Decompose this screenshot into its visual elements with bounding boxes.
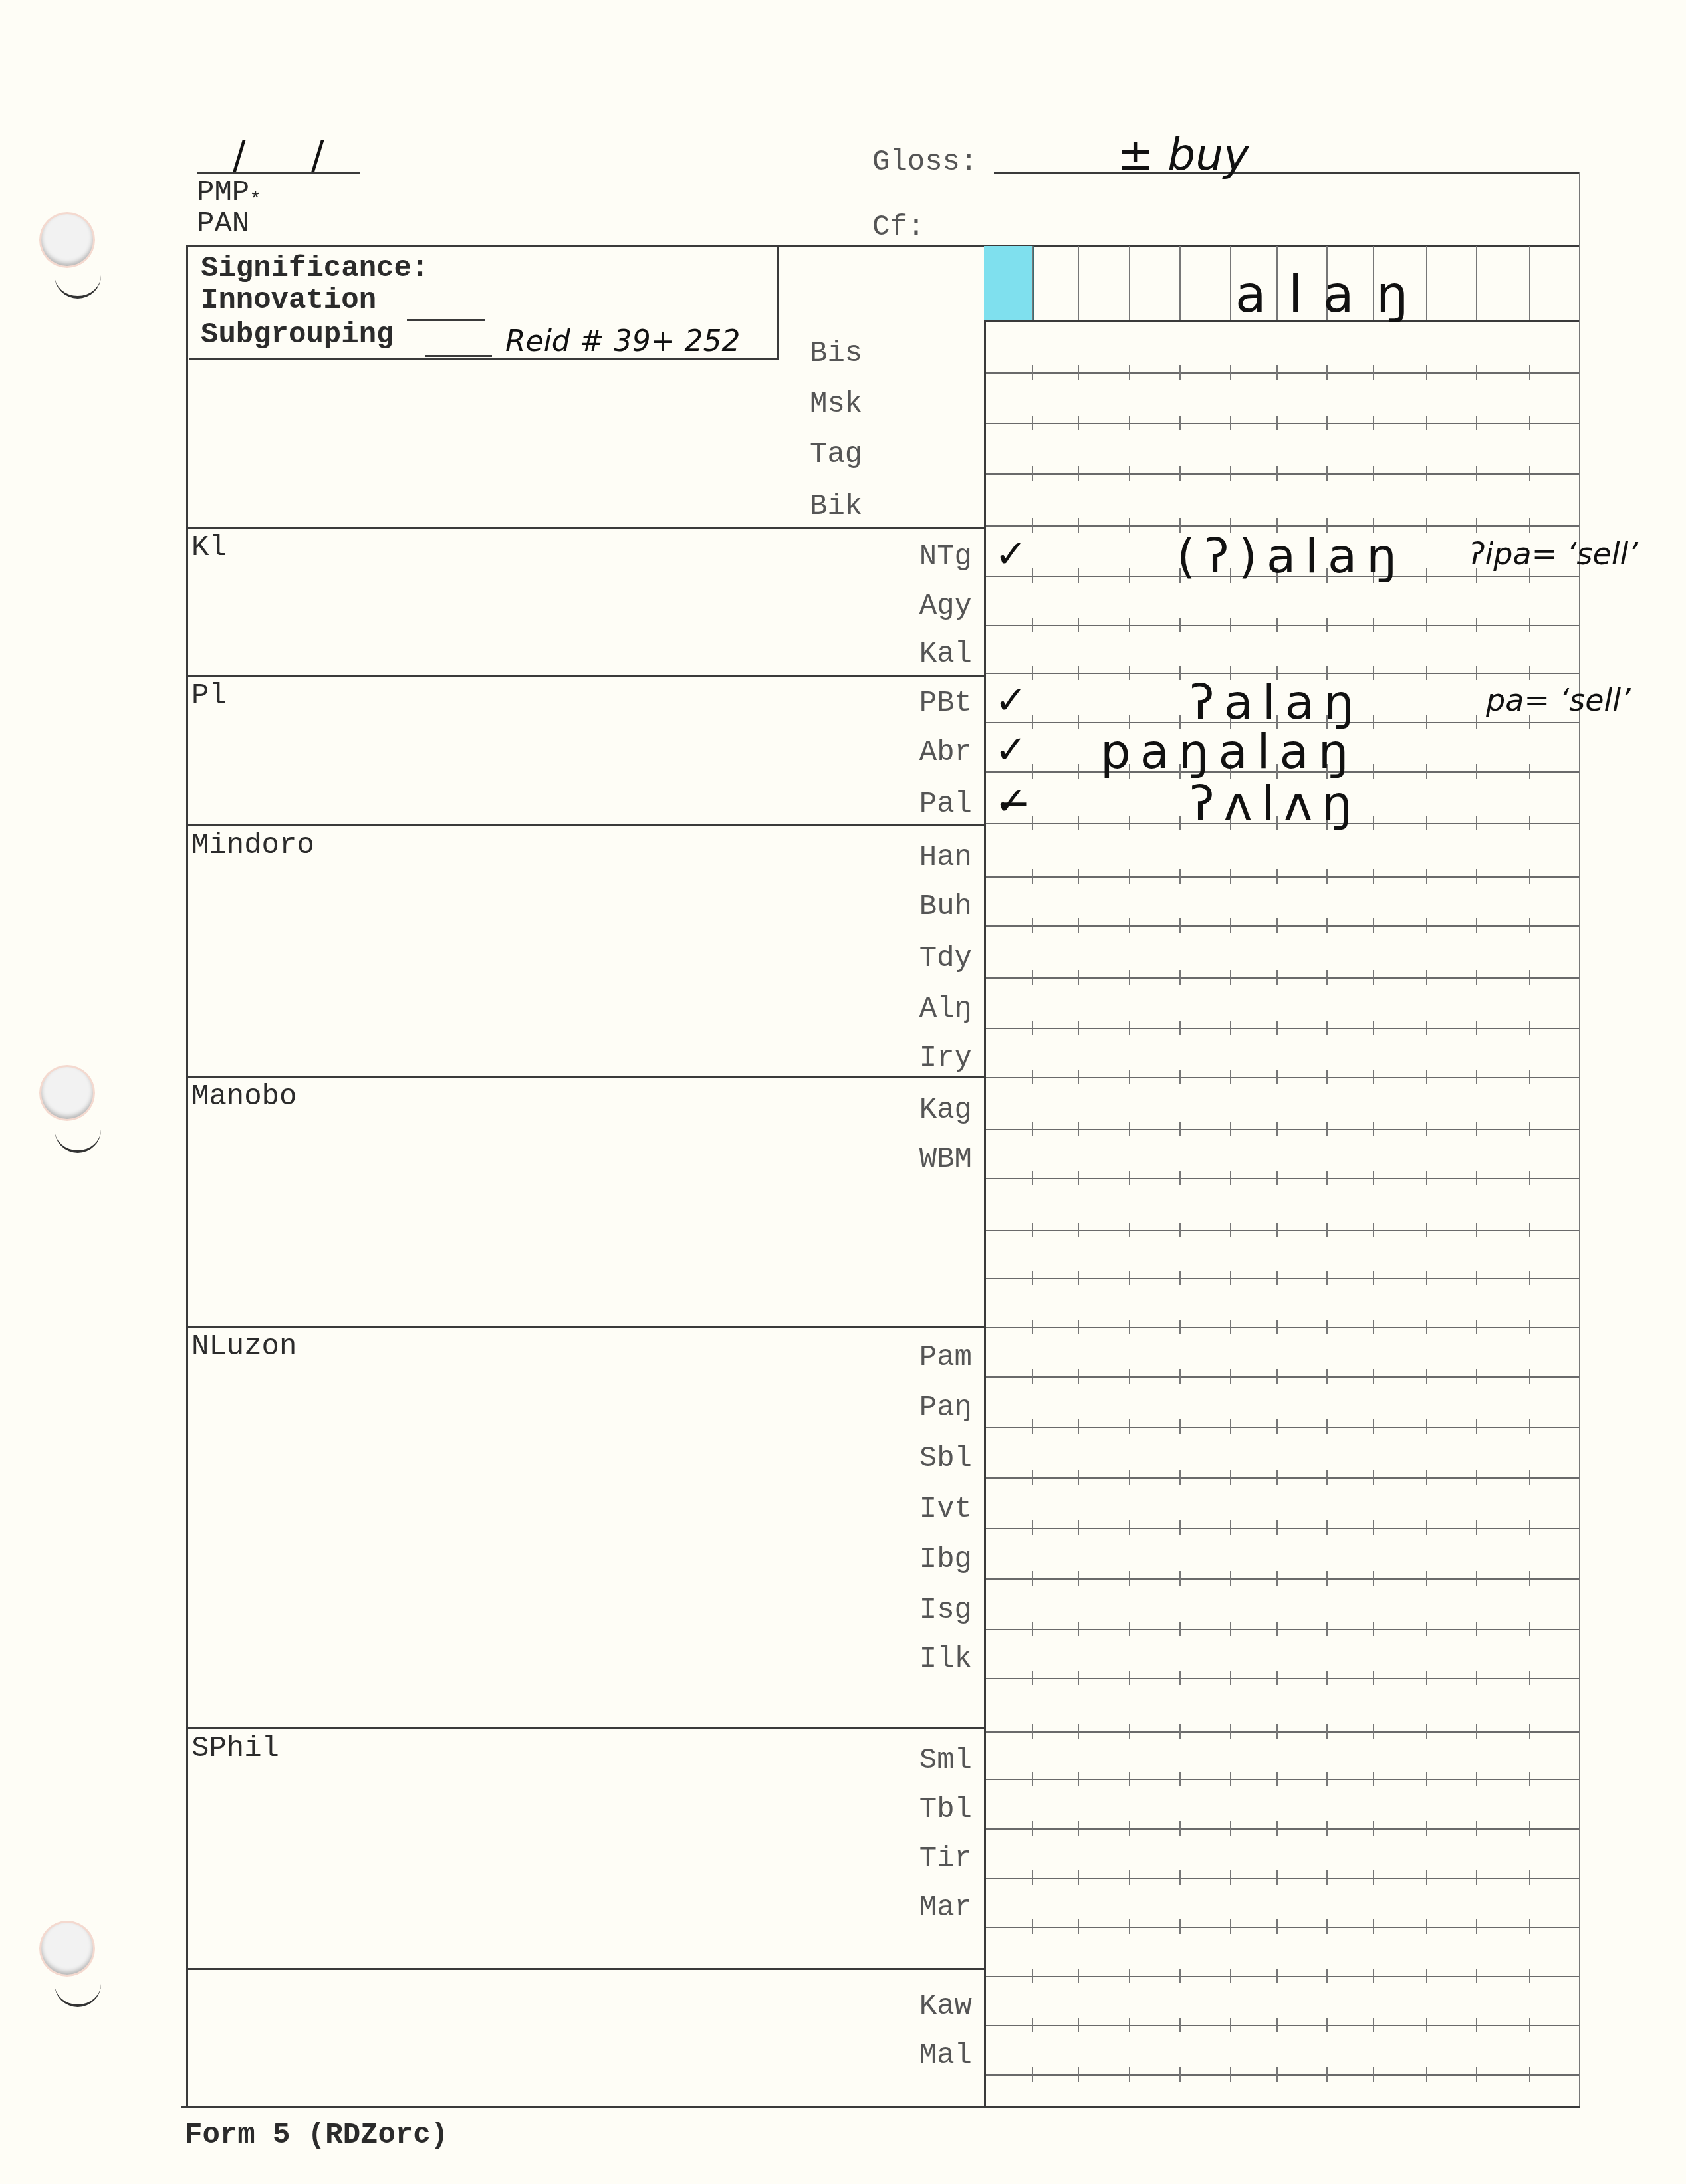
column-tick xyxy=(1032,1470,1033,1485)
column-tick xyxy=(1230,1320,1231,1334)
ruled-line xyxy=(986,1731,1579,1733)
column-tick xyxy=(1529,970,1530,985)
column-tick xyxy=(1129,1969,1130,1983)
ruled-line xyxy=(986,1927,1579,1928)
column-tick xyxy=(1476,1821,1477,1836)
form-right-border xyxy=(1579,172,1580,2106)
column-tick xyxy=(1426,618,1427,632)
language-label-kaw: Kaw xyxy=(839,1992,972,2021)
column-tick xyxy=(1476,416,1477,430)
column-tick xyxy=(1078,1223,1079,1237)
column-tick xyxy=(1179,1470,1181,1485)
slash-marks: / / xyxy=(233,136,351,175)
column-tick xyxy=(1426,918,1427,933)
column-tick xyxy=(1032,1320,1033,1334)
column-tick xyxy=(1032,1271,1033,1285)
column-tick xyxy=(1179,2067,1181,2082)
column-tick xyxy=(1129,2067,1130,2082)
column-tick xyxy=(1373,2018,1374,2032)
column-tick xyxy=(1276,1122,1278,1136)
letter-cell-divider xyxy=(1129,246,1130,320)
column-tick xyxy=(1078,365,1079,380)
group-divider xyxy=(186,1727,984,1729)
entry-form: ʔalaŋ xyxy=(1190,678,1364,726)
column-tick xyxy=(1426,416,1427,430)
column-tick xyxy=(1179,365,1181,380)
column-tick xyxy=(1529,1223,1530,1237)
group-divider xyxy=(186,527,984,529)
column-tick xyxy=(1326,1671,1328,1685)
column-tick xyxy=(1529,1070,1530,1084)
language-label-bik: Bik xyxy=(810,492,862,521)
language-label-msk: Msk xyxy=(810,390,862,419)
column-tick xyxy=(1230,1419,1231,1434)
column-tick xyxy=(1032,1122,1033,1136)
column-tick xyxy=(1078,618,1079,632)
column-tick xyxy=(1078,918,1079,933)
column-tick xyxy=(1179,2018,1181,2032)
column-tick xyxy=(1078,1919,1079,1934)
punch-hole-middle xyxy=(41,1067,93,1119)
column-tick xyxy=(1426,1070,1427,1084)
column-tick xyxy=(1476,1320,1477,1334)
column-tick xyxy=(1476,1021,1477,1035)
entry-form: ʔʌlʌŋ xyxy=(1190,779,1362,827)
column-tick xyxy=(1326,365,1328,380)
column-tick xyxy=(1078,1622,1079,1636)
ruled-line xyxy=(986,2025,1579,2026)
column-tick xyxy=(1476,1919,1477,1934)
column-tick xyxy=(1276,1772,1278,1786)
column-tick xyxy=(1476,1271,1477,1285)
innovation-blank[interactable] xyxy=(407,319,485,321)
column-tick xyxy=(1179,1070,1181,1084)
column-tick xyxy=(1276,1271,1278,1285)
check-mark-icon: ✓̶ xyxy=(995,782,1027,820)
column-tick xyxy=(1032,416,1033,430)
punch-arc-top xyxy=(55,269,101,299)
column-tick xyxy=(1426,1671,1427,1685)
entry-row-abr[interactable]: ✓paŋalaŋ xyxy=(991,727,1682,774)
column-tick xyxy=(1078,1122,1079,1136)
gloss-label: Gloss: xyxy=(872,148,977,177)
ruled-line xyxy=(986,1976,1579,1977)
column-tick xyxy=(1326,869,1328,884)
column-tick xyxy=(1179,1919,1181,1934)
language-label-ibg: Ibg xyxy=(839,1545,972,1574)
column-tick xyxy=(1326,970,1328,985)
language-label-pal: Pal xyxy=(839,790,972,819)
column-tick xyxy=(1276,1622,1278,1636)
column-tick xyxy=(1230,618,1231,632)
column-tick xyxy=(1230,1470,1231,1485)
group-divider xyxy=(186,1968,984,1970)
ruled-line xyxy=(986,1578,1579,1580)
ruled-line xyxy=(986,925,1579,927)
column-tick xyxy=(1276,365,1278,380)
column-tick xyxy=(1129,1821,1130,1836)
column-tick xyxy=(1179,918,1181,933)
column-tick xyxy=(1476,970,1477,985)
entry-form: (ʔ)alaŋ xyxy=(1177,532,1406,580)
ruled-line xyxy=(986,1376,1579,1378)
letter-cell-divider xyxy=(1426,246,1427,320)
column-tick xyxy=(1426,1171,1427,1185)
check-mark-icon: ✓ xyxy=(995,681,1027,719)
column-tick xyxy=(1032,1870,1033,1885)
column-tick xyxy=(1476,1122,1477,1136)
column-tick xyxy=(1326,1919,1328,1934)
column-tick xyxy=(1426,1520,1427,1535)
column-tick xyxy=(1032,1419,1033,1434)
column-tick xyxy=(1476,869,1477,884)
column-tick xyxy=(1129,416,1130,430)
column-tick xyxy=(1129,466,1130,481)
column-tick xyxy=(1230,416,1231,430)
column-tick xyxy=(1129,1622,1130,1636)
column-tick xyxy=(1179,1021,1181,1035)
column-tick xyxy=(1129,1070,1130,1084)
column-tick xyxy=(1276,1520,1278,1535)
entry-row-ntg[interactable]: ✓(ʔ)alaŋʔipa= ‘sell’ xyxy=(991,532,1682,578)
column-tick xyxy=(1276,1021,1278,1035)
column-tick xyxy=(1078,1969,1079,1983)
column-tick xyxy=(1426,1821,1427,1836)
column-tick xyxy=(1230,1171,1231,1185)
column-tick xyxy=(1032,2067,1033,2082)
letter-cell-divider xyxy=(1230,246,1231,320)
column-tick xyxy=(1276,918,1278,933)
column-tick xyxy=(1529,1171,1530,1185)
column-tick xyxy=(1276,1919,1278,1934)
column-tick xyxy=(1476,1870,1477,1885)
language-label-paŋ: Paŋ xyxy=(839,1394,972,1423)
column-tick xyxy=(1230,869,1231,884)
ruled-line xyxy=(986,1178,1579,1179)
column-tick xyxy=(1230,1271,1231,1285)
column-tick xyxy=(1529,1271,1530,1285)
pmp-label: PMP* xyxy=(197,178,261,211)
column-tick xyxy=(1230,365,1231,380)
column-tick xyxy=(1426,1772,1427,1786)
column-tick xyxy=(1476,1470,1477,1485)
column-tick xyxy=(1326,2018,1328,2032)
column-tick xyxy=(1326,618,1328,632)
column-tick xyxy=(1426,869,1427,884)
column-tick xyxy=(1078,1772,1079,1786)
column-tick xyxy=(1179,1571,1181,1586)
column-tick xyxy=(1476,2018,1477,2032)
ruled-line xyxy=(986,1230,1579,1231)
column-tick xyxy=(1529,466,1530,481)
column-tick xyxy=(1276,1369,1278,1384)
column-tick xyxy=(1276,970,1278,985)
column-tick xyxy=(1373,1571,1374,1586)
column-tick xyxy=(1179,1122,1181,1136)
column-tick xyxy=(1230,1070,1231,1084)
column-tick xyxy=(1326,1772,1328,1786)
significance-title: Significance: xyxy=(201,254,429,283)
column-tick xyxy=(1078,1320,1079,1334)
column-tick xyxy=(1529,1470,1530,1485)
language-label-kag: Kag xyxy=(839,1096,972,1125)
column-tick xyxy=(1529,1520,1530,1535)
column-tick xyxy=(1179,1369,1181,1384)
ruled-line xyxy=(986,473,1579,475)
ruled-line xyxy=(986,1528,1579,1529)
column-tick xyxy=(1078,1419,1079,1434)
column-tick xyxy=(1078,1021,1079,1035)
column-tick xyxy=(1230,1223,1231,1237)
language-label-kal: Kal xyxy=(839,640,972,669)
column-tick xyxy=(1179,1969,1181,1983)
language-label-buh: Buh xyxy=(839,892,972,921)
column-tick xyxy=(1476,1671,1477,1685)
group-label-sphil: SPhil xyxy=(191,1734,279,1763)
column-tick xyxy=(1476,518,1477,533)
ruled-line xyxy=(986,1779,1579,1780)
column-tick xyxy=(1276,618,1278,632)
column-tick xyxy=(1476,1520,1477,1535)
column-tick xyxy=(1326,1724,1328,1739)
pmp-text: PMP xyxy=(197,176,249,209)
language-label-bis: Bis xyxy=(810,339,862,368)
group-divider xyxy=(186,1076,984,1078)
column-tick xyxy=(1476,918,1477,933)
column-tick xyxy=(1373,1122,1374,1136)
column-tick xyxy=(1078,970,1079,985)
column-tick xyxy=(1078,1671,1079,1685)
column-tick xyxy=(1529,2018,1530,2032)
column-tick xyxy=(1529,518,1530,533)
column-tick xyxy=(1078,1571,1079,1586)
column-tick xyxy=(1326,1571,1328,1586)
column-tick xyxy=(1129,1271,1130,1285)
pan-label: PAN xyxy=(197,209,249,239)
column-tick xyxy=(1476,1571,1477,1586)
column-tick xyxy=(1129,1122,1130,1136)
column-tick xyxy=(1032,1520,1033,1535)
column-tick xyxy=(1129,1724,1130,1739)
column-tick xyxy=(1032,1223,1033,1237)
pmp-star: * xyxy=(249,189,261,212)
group-label-kl: Kl xyxy=(191,533,227,562)
column-tick xyxy=(1326,918,1328,933)
column-tick xyxy=(1326,416,1328,430)
punch-arc-bottom xyxy=(55,1978,101,2007)
column-tick xyxy=(1529,1821,1530,1836)
column-tick xyxy=(1230,1772,1231,1786)
column-tick xyxy=(1032,1724,1033,1739)
column-tick xyxy=(1032,1369,1033,1384)
column-tick xyxy=(1529,1969,1530,1983)
column-tick xyxy=(1326,466,1328,481)
column-tick xyxy=(1426,1622,1427,1636)
column-tick xyxy=(1078,466,1079,481)
column-tick xyxy=(1078,869,1079,884)
column-tick xyxy=(1426,1021,1427,1035)
column-tick xyxy=(1078,416,1079,430)
column-tick xyxy=(1230,1021,1231,1035)
column-tick xyxy=(1373,466,1374,481)
column-tick xyxy=(1373,2067,1374,2082)
column-tick xyxy=(1032,1571,1033,1586)
entry-row-pbt[interactable]: ✓ʔalaŋpa= ‘sell’ xyxy=(991,678,1682,725)
column-tick xyxy=(1326,1122,1328,1136)
column-tick xyxy=(1032,1671,1033,1685)
column-tick xyxy=(1529,1919,1530,1934)
column-tick xyxy=(1326,1419,1328,1434)
language-label-han: Han xyxy=(839,843,972,872)
cf-label: Cf: xyxy=(872,213,925,242)
column-tick xyxy=(1078,1870,1079,1885)
column-tick xyxy=(1032,365,1033,380)
column-tick xyxy=(1032,1919,1033,1934)
column-tick xyxy=(1276,1870,1278,1885)
column-tick xyxy=(1373,1724,1374,1739)
column-tick xyxy=(1476,618,1477,632)
reconstruction-letter: l xyxy=(1288,269,1302,320)
column-tick xyxy=(1529,416,1530,430)
form-left-border xyxy=(186,245,188,2106)
column-tick xyxy=(1426,1320,1427,1334)
column-tick xyxy=(1179,1772,1181,1786)
column-tick xyxy=(1326,1070,1328,1084)
column-tick xyxy=(1426,1122,1427,1136)
column-tick xyxy=(1129,1520,1130,1535)
column-tick xyxy=(1426,518,1427,533)
language-label-pam: Pam xyxy=(839,1343,972,1372)
form-footer-label: Form 5 (RDZorc) xyxy=(185,2121,448,2150)
language-label-tbl: Tbl xyxy=(839,1795,972,1824)
column-tick xyxy=(1179,1671,1181,1685)
column-tick xyxy=(1230,1671,1231,1685)
column-tick xyxy=(1179,1622,1181,1636)
subgrouping-blank[interactable] xyxy=(425,355,492,357)
ruled-line xyxy=(986,1477,1579,1479)
column-tick xyxy=(1276,1724,1278,1739)
column-tick xyxy=(1032,618,1033,632)
group-divider xyxy=(186,675,984,677)
column-tick xyxy=(1373,1919,1374,1934)
column-tick xyxy=(1529,1772,1530,1786)
column-tick xyxy=(1426,365,1427,380)
column-tick xyxy=(1476,365,1477,380)
column-tick xyxy=(1179,1870,1181,1885)
column-tick xyxy=(1426,2018,1427,2032)
column-tick xyxy=(1276,416,1278,430)
column-tick xyxy=(1032,918,1033,933)
column-tick xyxy=(1179,1171,1181,1185)
column-tick xyxy=(1230,466,1231,481)
language-label-tdy: Tdy xyxy=(839,944,972,973)
column-tick xyxy=(1276,1470,1278,1485)
group-label-mindoro: Mindoro xyxy=(191,831,314,860)
column-tick xyxy=(1326,1369,1328,1384)
column-tick xyxy=(1529,1622,1530,1636)
language-label-sml: Sml xyxy=(839,1746,972,1775)
column-tick xyxy=(1529,869,1530,884)
ruled-line xyxy=(986,2074,1579,2076)
column-tick xyxy=(1032,466,1033,481)
column-tick xyxy=(1326,1320,1328,1334)
group-label-pl: Pl xyxy=(191,681,227,711)
column-tick xyxy=(1230,918,1231,933)
column-tick xyxy=(1326,1021,1328,1035)
column-tick xyxy=(1276,1821,1278,1836)
column-tick xyxy=(1230,1622,1231,1636)
column-tick xyxy=(1129,365,1130,380)
column-tick xyxy=(1373,1070,1374,1084)
column-tick xyxy=(1078,1171,1079,1185)
column-tick xyxy=(1230,1821,1231,1836)
column-tick xyxy=(1326,1821,1328,1836)
language-label-alŋ: Alŋ xyxy=(839,995,972,1024)
column-tick xyxy=(1373,869,1374,884)
reconstruction-letter: a xyxy=(1235,269,1266,320)
column-tick xyxy=(1230,1919,1231,1934)
column-tick xyxy=(1476,1419,1477,1434)
column-tick xyxy=(1373,1870,1374,1885)
language-label-agy: Agy xyxy=(839,592,972,621)
language-label-wbm: WBM xyxy=(839,1145,972,1174)
column-tick xyxy=(1179,466,1181,481)
column-tick xyxy=(1326,1520,1328,1535)
language-label-iry: Iry xyxy=(839,1044,972,1073)
entry-row-pal[interactable]: ✓̶ʔʌlʌŋ xyxy=(991,779,1682,826)
column-tick xyxy=(1426,1419,1427,1434)
column-tick xyxy=(1129,1772,1130,1786)
column-tick xyxy=(1230,1369,1231,1384)
column-tick xyxy=(1129,1171,1130,1185)
column-tick xyxy=(1179,1320,1181,1334)
column-tick xyxy=(1373,1671,1374,1685)
subgrouping-label: Subgrouping xyxy=(201,320,394,350)
gloss-underline xyxy=(994,172,1580,174)
column-tick xyxy=(1129,618,1130,632)
language-label-abr: Abr xyxy=(839,738,972,767)
innovation-label: Innovation xyxy=(201,286,376,315)
column-tick xyxy=(1276,2018,1278,2032)
column-tick xyxy=(1230,1724,1231,1739)
column-tick xyxy=(1276,466,1278,481)
column-tick xyxy=(1032,2018,1033,2032)
column-tick xyxy=(1373,970,1374,985)
data-column-divider xyxy=(984,245,986,2106)
language-label-tir: Tir xyxy=(839,1844,972,1874)
column-tick xyxy=(1426,1969,1427,1983)
column-tick xyxy=(1426,2067,1427,2082)
language-label-ivt: Ivt xyxy=(839,1495,972,1524)
ruled-line xyxy=(986,1427,1579,1428)
column-tick xyxy=(1426,1919,1427,1934)
column-tick xyxy=(1529,1571,1530,1586)
check-mark-icon: ✓ xyxy=(995,730,1027,769)
column-tick xyxy=(1179,1821,1181,1836)
column-tick xyxy=(1078,518,1079,533)
ruled-line xyxy=(986,1678,1579,1679)
column-tick xyxy=(1476,1772,1477,1786)
letter-cell-divider xyxy=(1373,246,1374,320)
column-tick xyxy=(1230,1969,1231,1983)
column-tick xyxy=(1078,1369,1079,1384)
column-tick xyxy=(1179,869,1181,884)
column-tick xyxy=(1326,1622,1328,1636)
ruled-line xyxy=(986,525,1579,527)
column-tick xyxy=(1476,1369,1477,1384)
ruled-line xyxy=(986,876,1579,878)
ruled-line xyxy=(986,625,1579,626)
